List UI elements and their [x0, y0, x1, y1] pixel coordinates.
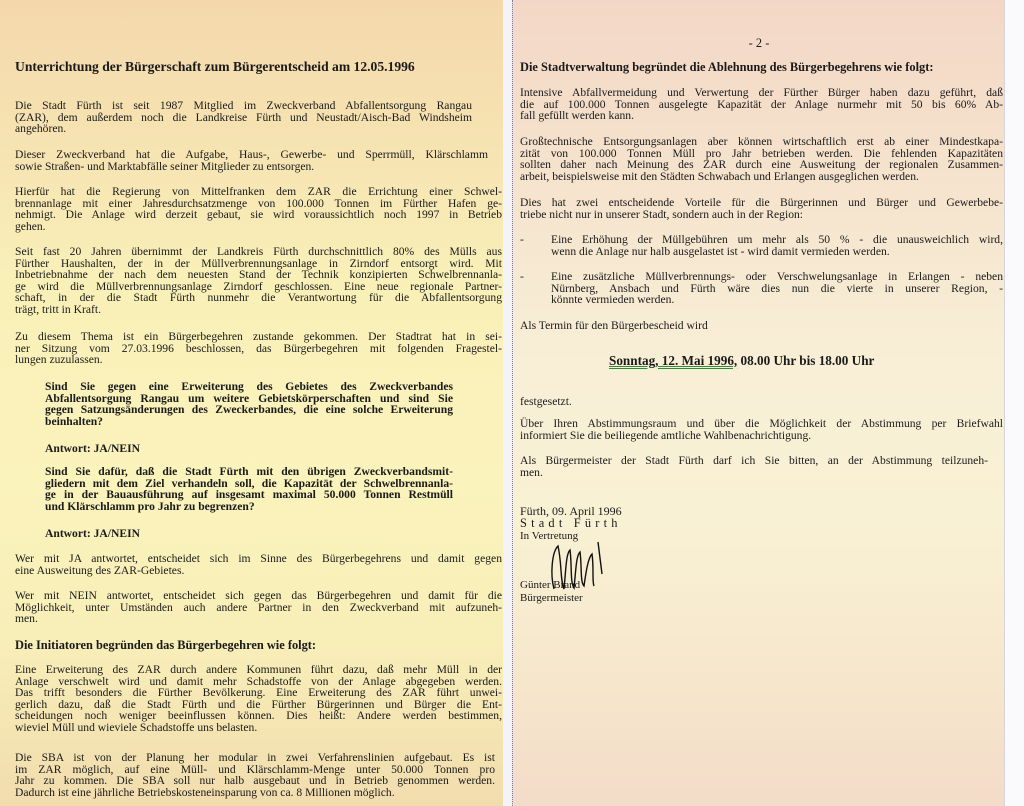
page-gap [503, 0, 512, 806]
bullet-text: Eine Erhöhung der Müllgebühren um mehr a… [551, 234, 1003, 257]
handwritten-signature [548, 534, 608, 594]
vote-date: Sonntag, 12. Mai 1996, 08.00 Uhr bis 18.… [609, 355, 874, 367]
paragraph-initiators-1: Eine Erweiterung des ZAR durch andere Ko… [15, 664, 502, 734]
text-line: könnte vermieden werden. [551, 294, 1003, 306]
bullet-dash: - [520, 234, 524, 246]
text-line: Dies hat zwei entscheidende Vorteile für… [520, 197, 1003, 209]
paragraph-landkreis: Seit fast 20 Jahren übernimmt der Landkr… [15, 246, 502, 316]
text-line: Sind Sie gegen eine Erweiterung des Gebi… [45, 381, 453, 393]
paragraph-zar-membership: Die Stadt Fürth ist seit 1987 Mitglied i… [15, 100, 472, 135]
text-line: Sind Sie dafür, daß die Stadt Fürth mit … [45, 466, 453, 478]
text-line: Seit fast 20 Jahren übernimmt der Landkr… [15, 246, 502, 258]
text-line: beinhalten? [45, 416, 453, 428]
text-line: (ZAR), dem außerdem noch die Landkreise … [15, 112, 472, 124]
text-line: Wer mit NEIN antwortet, entscheidet sich… [15, 590, 502, 602]
text-line: men. [520, 467, 988, 479]
text-line: Zu diesem Thema ist ein Bürgerbegehren z… [15, 331, 502, 343]
text-line: Eine Erweiterung des ZAR durch andere Ko… [15, 664, 502, 676]
text-line: Über Ihren Abstimmungsraum und über die … [520, 418, 1003, 430]
bullet-text: Eine zusätzliche Müllverbrennungs- oder … [551, 271, 1003, 306]
paragraph-voting-info: Über Ihren Abstimmungsraum und über die … [520, 418, 1003, 441]
text-line: Möglichkeit, unter Umständen auch andere… [15, 602, 502, 614]
city-administration-heading: Die Stadtverwaltung begründet die Ablehn… [520, 62, 934, 74]
text-line: Die Stadt Fürth ist seit 1987 Mitglied i… [15, 100, 472, 112]
text-line: Die SBA ist von der Planung her modular … [15, 752, 495, 764]
text-line: fall gefüllt werden kann. [520, 110, 1003, 122]
ballot-question-1: Sind Sie gegen eine Erweiterung des Gebi… [45, 381, 453, 427]
initiators-heading: Die Initiatoren begründen das Bürgerbege… [15, 640, 316, 652]
paragraph-permit: Hierfür hat die Regierung von Mittelfran… [15, 186, 502, 232]
city-stamp: Stadt Fürth [520, 518, 622, 530]
ballot-answer-2: Antwort: JA/NEIN [45, 528, 140, 540]
paragraph-waste-reduction: Intensive Abfallvermeidung und Verwertun… [520, 87, 1003, 122]
text-line: arbeit, beispielsweise mit den Städten S… [520, 171, 1003, 183]
page-title: Unterrichtung der Bürgerschaft zum Bürge… [15, 60, 415, 74]
text-line: Eine zusätzliche Müllverbrennungs- oder … [551, 271, 1003, 283]
text-line: gegen Satzungsänderungen des Zweckerband… [45, 404, 453, 416]
text-line: und Klärschlamm pro Jahr zu begrenzen? [45, 501, 453, 513]
paragraph-capacity: Großtechnische Entsorgungsanlagen aber k… [520, 136, 1003, 182]
text-line: Großtechnische Entsorgungsanlagen aber k… [520, 136, 1003, 148]
document-page-2: - 2 - Die Stadtverwaltung begründet die … [512, 0, 1005, 806]
paragraph-zar-tasks: Dieser Zweckverband hat die Aufgabe, Hau… [15, 149, 488, 172]
text-line: Dadurch ist eine jährliche Betriebskoste… [15, 787, 495, 799]
vote-time: 08.00 Uhr bis 18.00 Uhr [741, 353, 875, 368]
signer-title: Bürgermeister [520, 593, 583, 605]
text-line: men. [15, 613, 502, 625]
text-line: nehmigt. Die Anlage wird derzeit gebaut,… [15, 209, 502, 221]
vote-date-underlined: Sonntag, 12. Mai 1996, [609, 353, 737, 368]
paragraph-initiators-2: Die SBA ist von der Planung her modular … [15, 752, 495, 798]
text-line: wenn die Anlage nur halb ausgelastet ist… [551, 246, 1003, 258]
text-line: triebe nicht nur in unserer Stadt, sonde… [520, 209, 1003, 221]
text-line: wieviel Müll und wieviele Schadstoffe un… [15, 722, 502, 734]
festgesetzt-text: festgesetzt. [520, 396, 572, 408]
text-line: gehen. [15, 221, 502, 233]
text-line: informiert Sie die beiliegende amtliche … [520, 430, 1003, 442]
bullet-dash: - [520, 271, 524, 283]
page-number: - 2 - [513, 38, 1005, 50]
text-line: Intensive Abfallvermeidung und Verwertun… [520, 87, 1003, 99]
termin-intro: Als Termin für den Bürgerbescheid wird [520, 320, 708, 332]
text-line: Wer mit JA antwortet, entscheidet sich i… [15, 553, 502, 565]
text-line: lungen zuzulassen. [15, 354, 502, 366]
text-line: Als Bürgermeister der Stadt Fürth darf i… [520, 455, 988, 467]
ballot-answer-1: Antwort: JA/NEIN [45, 443, 140, 455]
text-line: angehören. [15, 123, 472, 135]
document-page-1: Unterrichtung der Bürgerschaft zum Bürge… [0, 0, 503, 806]
paragraph-ja-meaning: Wer mit JA antwortet, entscheidet sich i… [15, 553, 502, 576]
text-line: eine Ausweitung des ZAR-Gebietes. [15, 565, 502, 577]
text-line: sowie Straßen- und Marktabfälle seiner M… [15, 161, 488, 173]
scan-right-margin [1004, 0, 1024, 806]
text-line: Dieser Zweckverband hat die Aufgabe, Hau… [15, 149, 488, 161]
text-line: Hierfür hat die Regierung von Mittelfran… [15, 186, 502, 198]
paragraph-nein-meaning: Wer mit NEIN antwortet, entscheidet sich… [15, 590, 502, 625]
text-line: Eine Erhöhung der Müllgebühren um mehr a… [551, 234, 1003, 246]
paragraph-buergerbegehren: Zu diesem Thema ist ein Bürgerbegehren z… [15, 331, 502, 366]
paragraph-advantages: Dies hat zwei entscheidende Vorteile für… [520, 197, 1003, 220]
text-line: trägt, tritt in Kraft. [15, 304, 502, 316]
paragraph-mayor-request: Als Bürgermeister der Stadt Fürth darf i… [520, 455, 988, 478]
ballot-question-2: Sind Sie dafür, daß die Stadt Fürth mit … [45, 466, 453, 512]
